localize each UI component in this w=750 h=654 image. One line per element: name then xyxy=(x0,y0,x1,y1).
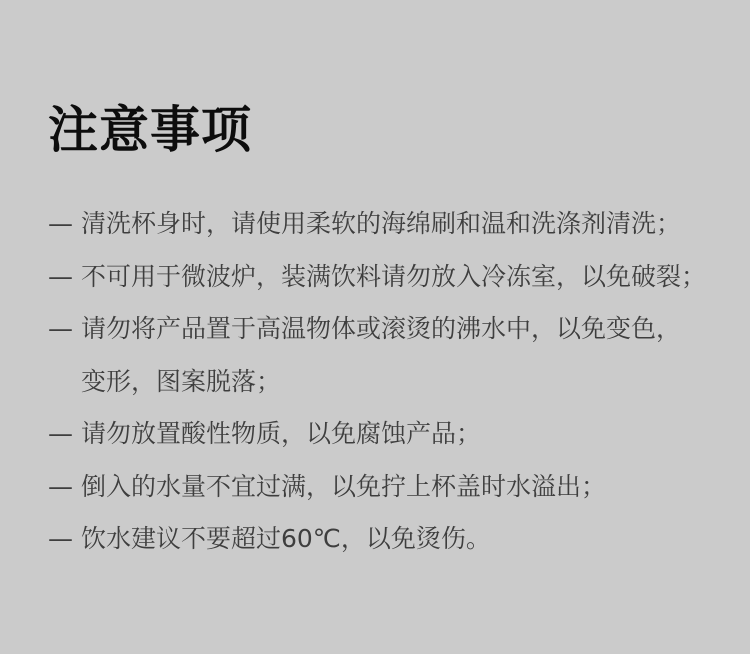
list-item: — 请勿将产品置于高温物体或滚烫的沸水中，以免变色， 变形，图案脱落； xyxy=(48,303,706,408)
dash-bullet-icon: — xyxy=(48,461,81,514)
list-item-text: 饮水建议不要超过60℃，以免烫伤。 xyxy=(81,513,491,566)
list-item: — 清洗杯身时，请使用柔软的海绵刷和温和洗涤剂清洗； xyxy=(48,198,706,251)
list-item-text: 请勿将产品置于高温物体或滚烫的沸水中，以免变色， 变形，图案脱落； xyxy=(81,303,681,408)
dash-bullet-icon: — xyxy=(48,251,81,304)
list-item: — 请勿放置酸性物质，以免腐蚀产品； xyxy=(48,408,706,461)
dash-bullet-icon: — xyxy=(48,513,81,566)
list-item-text: 倒入的水量不宜过满，以免拧上杯盖时水溢出； xyxy=(81,461,606,514)
dash-bullet-icon: — xyxy=(48,303,81,356)
list-item: — 不可用于微波炉，装满饮料请勿放入冷冻室，以免破裂； xyxy=(48,251,706,304)
precautions-list: — 清洗杯身时，请使用柔软的海绵刷和温和洗涤剂清洗； — 不可用于微波炉，装满饮… xyxy=(48,198,706,566)
list-item: — 倒入的水量不宜过满，以免拧上杯盖时水溢出； xyxy=(48,461,706,514)
list-item-text: 不可用于微波炉，装满饮料请勿放入冷冻室，以免破裂； xyxy=(81,251,706,304)
dash-bullet-icon: — xyxy=(48,408,81,461)
page-title: 注意事项 xyxy=(48,100,252,160)
list-item-text: 请勿放置酸性物质，以免腐蚀产品； xyxy=(81,408,481,461)
list-item-text: 清洗杯身时，请使用柔软的海绵刷和温和洗涤剂清洗； xyxy=(81,198,681,251)
dash-bullet-icon: — xyxy=(48,198,81,251)
list-item: — 饮水建议不要超过60℃，以免烫伤。 xyxy=(48,513,706,566)
